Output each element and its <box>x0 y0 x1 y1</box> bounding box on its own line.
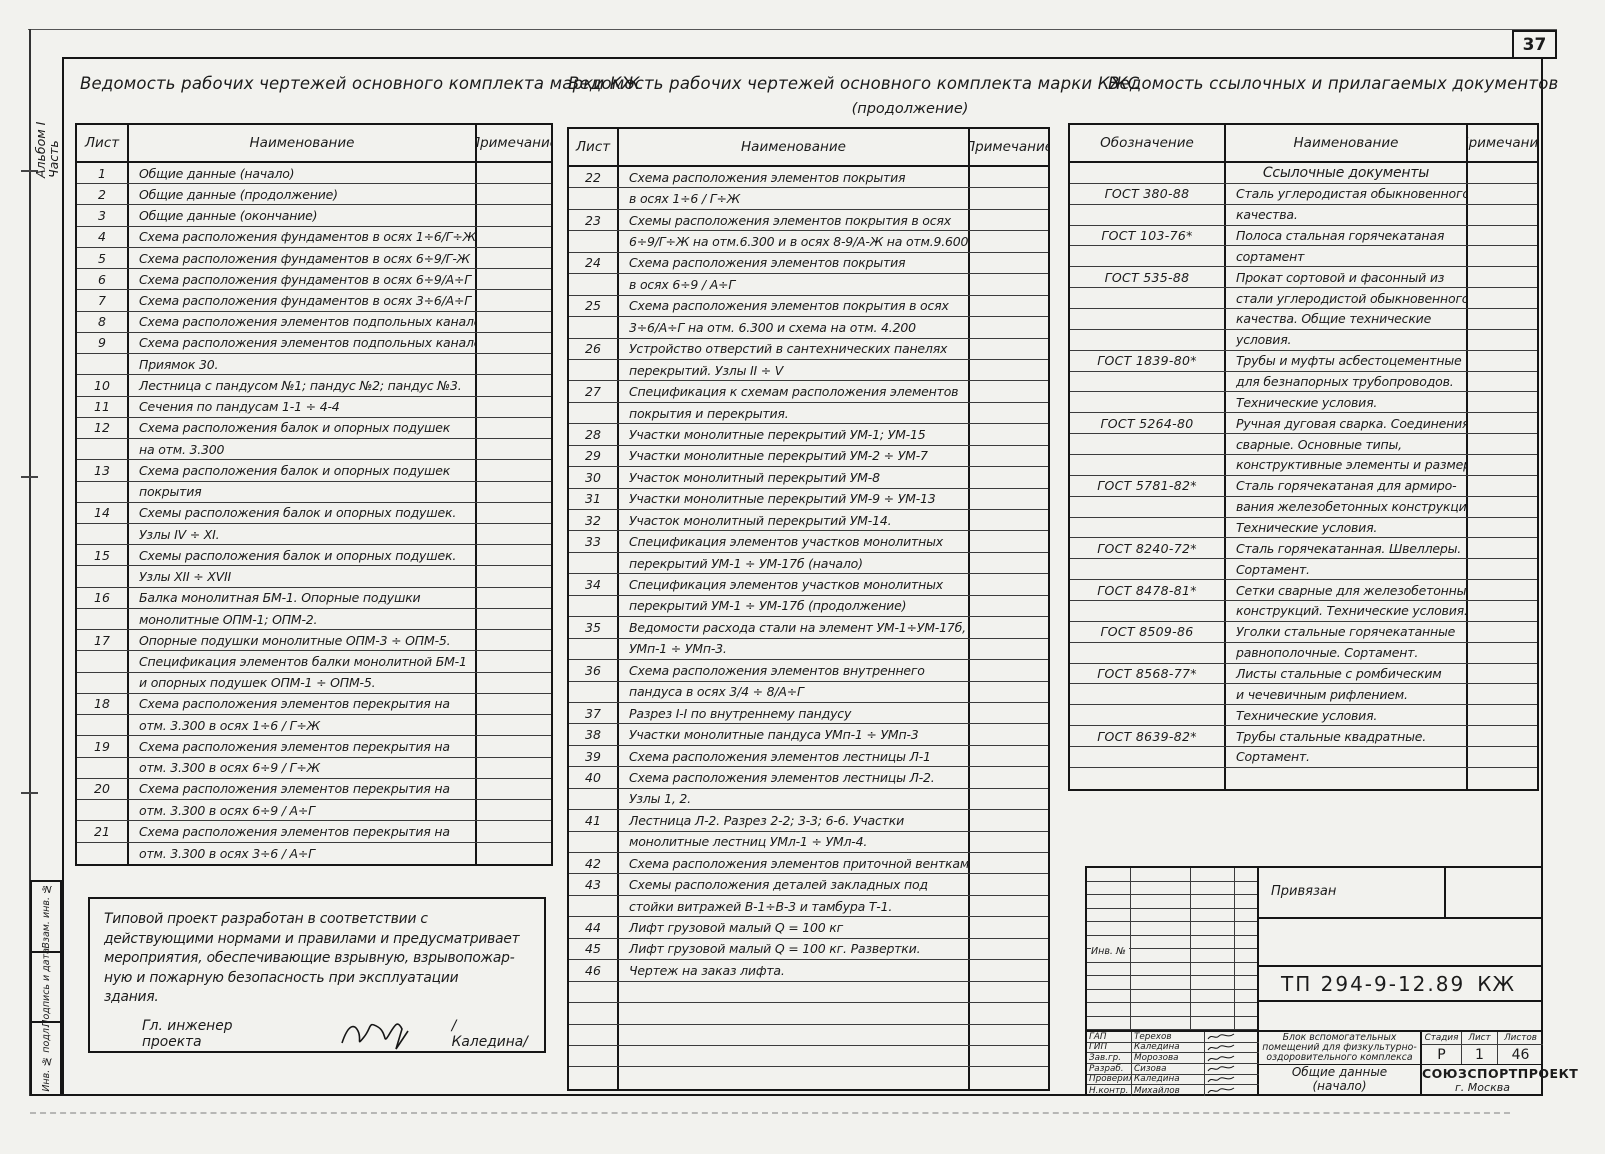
signature-row: ГАПТерехов <box>1087 1032 1259 1043</box>
cell-note <box>477 439 551 459</box>
signature-row: Разраб.Сизова <box>1087 1064 1259 1075</box>
cell-name: Схема расположения элементов перекрытия … <box>129 694 477 714</box>
cell-note <box>970 424 1048 444</box>
signature-role: ГИП <box>1087 1043 1132 1053</box>
cell-name: Сталь горячекатаная для армиро- <box>1226 476 1468 496</box>
cell-name: качества. <box>1226 205 1468 225</box>
cell-sheet-number <box>569 1067 619 1088</box>
signature-name: /Каледина/ <box>452 1018 530 1050</box>
cell-name: отм. 3.300 в осях 6÷9 / Г÷Ж <box>129 758 477 778</box>
cell-name: Схема расположения элементов покрытия <box>619 253 970 273</box>
cell-sheet-number <box>1070 309 1226 329</box>
table-row-line: 12Схема расположения балок и опорных под… <box>77 418 551 439</box>
table-row-line: ГОСТ 8639-82*Трубы стальные квадратные. <box>1070 726 1537 747</box>
cell-name: Узлы 1, 2. <box>619 789 970 809</box>
cell-sheet-number <box>569 403 619 423</box>
cell-name: Общие данные (начало) <box>129 163 477 183</box>
cell-sheet-number <box>77 439 129 459</box>
cell-note <box>970 231 1048 251</box>
note-line: Типовой проект разработан в соответствии… <box>104 910 530 930</box>
table-row-line: 5Схема расположения фундаментов в осях 6… <box>77 248 551 269</box>
cell-sheet-number <box>77 609 129 629</box>
table-row-line: 40Схема расположения элементов лестницы … <box>569 767 1048 788</box>
table-row-line: Спецификация элементов балки монолитной … <box>77 651 551 672</box>
table-row-line: 11Сечения по пандусам 1-1 ÷ 4-4 <box>77 397 551 418</box>
col-designation: Обозначение <box>1070 125 1226 161</box>
center-tick <box>21 476 38 478</box>
cell-sheet-number: 42 <box>569 853 619 873</box>
signature-row: Зав.гр.Морозова <box>1087 1053 1259 1064</box>
signature-squiggle-icon <box>1205 1053 1259 1063</box>
cell-name: Схема расположения элементов внутреннего <box>619 660 970 680</box>
middle-table-title: Ведомость рабочих чертежей основного ком… <box>568 74 1139 93</box>
cell-note <box>970 1003 1048 1023</box>
cell-sheet-number <box>1070 705 1226 725</box>
middle-table-subtitle: (продолжение) <box>760 101 1060 117</box>
signature-squiggle-icon <box>1205 1085 1259 1096</box>
cell-sheet-number <box>569 274 619 294</box>
cell-note <box>477 248 551 268</box>
cell-note <box>477 397 551 417</box>
cell-note <box>970 274 1048 294</box>
cell-name: конструкций. Технические условия. <box>1226 601 1468 621</box>
cell-note <box>970 317 1048 337</box>
cell-sheet-number: 24 <box>569 253 619 273</box>
cell-sheet-number: 6 <box>77 269 129 289</box>
cell-note <box>1468 246 1537 266</box>
cell-sheet-number <box>77 843 129 864</box>
cell-note <box>477 524 551 544</box>
margin-cell: Взам. инв. № <box>32 882 60 953</box>
table-row-line: Узлы IV ÷ XI. <box>77 524 551 545</box>
cell-name: стали углеродистой обыкновенного <box>1226 288 1468 308</box>
table-row-line: покрытия и перекрытия. <box>569 403 1048 424</box>
cell-sheet-number <box>569 896 619 916</box>
cell-name: Схема расположения элементов лестницы Л-… <box>619 746 970 766</box>
cell-name: и опорных подушек ОПМ-1 ÷ ОПМ-5. <box>129 673 477 693</box>
cell-sheet-number <box>569 639 619 659</box>
col-note: Примечание <box>477 125 551 161</box>
cell-name: Спецификация элементов балки монолитной … <box>129 651 477 671</box>
table-row-line: 22Схема расположения элементов покрытия <box>569 167 1048 188</box>
cell-note <box>477 651 551 671</box>
cell-sheet-number <box>569 188 619 208</box>
cell-note <box>1468 705 1537 725</box>
signature-person: Морозова <box>1132 1053 1205 1063</box>
cell-sheet-number <box>1070 163 1226 183</box>
cell-sheet-number: 30 <box>569 467 619 487</box>
cell-note <box>970 1046 1048 1066</box>
cell-sheet-number: 23 <box>569 210 619 230</box>
table-row-line: ГОСТ 1839-80*Трубы и муфты асбестоцемент… <box>1070 351 1537 372</box>
document-number: ТП 294-9-12.89 <box>1281 972 1465 996</box>
cell-sheet-number <box>1070 684 1226 704</box>
table-row-line: качества. <box>1070 205 1537 226</box>
signature-person: Михайлов <box>1132 1085 1205 1096</box>
cell-name: стойки витражей В-1÷В-3 и тамбура Т-1. <box>619 896 970 916</box>
table-row-line <box>569 1003 1048 1024</box>
cell-note <box>477 736 551 756</box>
table-row-line: Технические условия. <box>1070 705 1537 726</box>
cell-sheet-number: 35 <box>569 617 619 637</box>
cell-note <box>970 596 1048 616</box>
cell-note <box>477 821 551 841</box>
cell-sheet-number: 27 <box>569 381 619 401</box>
cell-sheet-number <box>77 673 129 693</box>
worklist-table-1: Лист Наименование Примечание 1Общие данн… <box>75 123 553 866</box>
cell-name: Схемы расположения деталей закладных под <box>619 874 970 894</box>
cell-note <box>1468 580 1537 600</box>
col-sheet: Лист <box>77 125 129 161</box>
cell-sheet-number: 43 <box>569 874 619 894</box>
table-row-line: пандуса в осях 3/4 ÷ 8/А÷Г <box>569 682 1048 703</box>
margin-cell-label: Подпись и дата <box>41 948 52 1027</box>
cell-name: монолитные лестниц УМл-1 ÷ УМл-4. <box>619 832 970 852</box>
stage-header: Стадия Лист Листов <box>1422 1032 1543 1045</box>
cell-sheet-number <box>77 354 129 374</box>
table-row-line: 3Общие данные (окончание) <box>77 205 551 226</box>
cell-name: Схема расположения балок и опорных подуш… <box>129 460 477 480</box>
sheet-edge-top <box>28 29 1557 30</box>
cell-note <box>970 467 1048 487</box>
cell-name: Участок монолитный перекрытий УМ-8 <box>619 467 970 487</box>
cell-name: Общие данные (продолжение) <box>129 184 477 204</box>
cell-sheet-number <box>569 231 619 251</box>
cell-name: Полоса стальная горячекатаная <box>1226 226 1468 246</box>
cell-note <box>477 375 551 395</box>
table-row-line: конструктивные элементы и размеры. <box>1070 455 1537 476</box>
cell-note <box>477 609 551 629</box>
table-row-line: условия. <box>1070 330 1537 351</box>
table-row-line: сортамент <box>1070 246 1537 267</box>
title-block-bottom: Блок вспомогательных помещений для физку… <box>1259 1030 1543 1094</box>
cell-note <box>1468 747 1537 767</box>
table-row-line: и чечевичным рифлением. <box>1070 684 1537 705</box>
table-body: Ссылочные документыГОСТ 380-88Сталь угле… <box>1070 163 1537 789</box>
privyazan-label: Привязан <box>1271 884 1336 899</box>
cell-sheet-number: ГОСТ 5781-82* <box>1070 476 1226 496</box>
cell-note <box>970 767 1048 787</box>
table-row-line: 42Схема расположения элементов приточной… <box>569 853 1048 874</box>
cell-name: монолитные ОПМ-1; ОПМ-2. <box>129 609 477 629</box>
col-note: Примечание <box>1468 125 1537 161</box>
cell-name: 6÷9/Г÷Ж на отм.6.300 и в осях 8-9/А-Ж на… <box>619 231 970 251</box>
cell-name: перекрытий. Узлы II ÷ V <box>619 360 970 380</box>
cell-sheet-number: 18 <box>77 694 129 714</box>
cell-note <box>1468 518 1537 538</box>
cell-name <box>619 1025 970 1045</box>
table-row-line: 44Лифт грузовой малый Q = 100 кг <box>569 917 1048 938</box>
table-row-line: покрытия <box>77 482 551 503</box>
table-row-line: вания железобетонных конструкций <box>1070 497 1537 518</box>
cell-note <box>477 715 551 735</box>
cell-note <box>970 853 1048 873</box>
cell-note <box>1468 538 1537 558</box>
table-row-line <box>569 1067 1048 1088</box>
cell-name: в осях 6÷9 / А÷Г <box>619 274 970 294</box>
table-body: 1Общие данные (начало)2Общие данные (про… <box>77 163 551 864</box>
table-row-line: 36Схема расположения элементов внутренне… <box>569 660 1048 681</box>
table-row-line: 17Опорные подушки монолитные ОПМ-3 ÷ ОПМ… <box>77 630 551 651</box>
album-label: Альбом I Часть <box>34 122 60 178</box>
table-row-line: 24Схема расположения элементов покрытия <box>569 253 1048 274</box>
cell-sheet-number <box>569 982 619 1002</box>
cell-name: Сталь горячекатанная. Швеллеры. <box>1226 538 1468 558</box>
cell-note <box>970 810 1048 830</box>
cell-sheet-number: 15 <box>77 545 129 565</box>
cell-sheet-number <box>1070 392 1226 412</box>
cell-note <box>970 724 1048 744</box>
cell-note <box>477 779 551 799</box>
cell-sheet-number: 32 <box>569 510 619 530</box>
table-row-line: Сортамент. <box>1070 559 1537 580</box>
cell-sheet-number: 11 <box>77 397 129 417</box>
cell-note <box>1468 601 1537 621</box>
cell-note <box>1468 372 1537 392</box>
table-row-line: 25Схема расположения элементов покрытия … <box>569 296 1048 317</box>
part-text: Часть <box>47 122 60 178</box>
cell-name: Схема расположения фундаментов в осях 6÷… <box>129 269 477 289</box>
cell-name: Схема расположения элементов покрытия <box>619 167 970 187</box>
cell-name: Участки монолитные перекрытий УМ-9 ÷ УМ-… <box>619 489 970 509</box>
margin-cell-label: Инв. № подл. <box>41 1025 52 1092</box>
cell-name: Сортамент. <box>1226 747 1468 767</box>
margin-cell: Подпись и дата <box>32 953 60 1024</box>
cell-note <box>970 960 1048 980</box>
cell-name: Балка монолитная БМ-1. Опорные подушки <box>129 588 477 608</box>
cell-name: Технические условия. <box>1226 705 1468 725</box>
cell-note <box>477 694 551 714</box>
cell-sheet-number: 20 <box>77 779 129 799</box>
cell-name: покрытия и перекрытия. <box>619 403 970 423</box>
cell-name: Лифт грузовой малый Q = 100 кг. Развертк… <box>619 939 970 959</box>
cell-sheet-number: ГОСТ 5264-80 <box>1070 413 1226 433</box>
table-row-line: 43Схемы расположения деталей закладных п… <box>569 874 1048 895</box>
table-row-line: 33Спецификация элементов участков моноли… <box>569 531 1048 552</box>
cell-note <box>1468 643 1537 663</box>
cell-name: Уголки стальные горячекатанные <box>1226 622 1468 642</box>
cell-note <box>970 1067 1048 1088</box>
signature-rows: ГАПТереховГИПКалединаЗав.гр.МорозоваРазр… <box>1087 1030 1259 1094</box>
table-row-line: стали углеродистой обыкновенного <box>1070 288 1537 309</box>
table-header: Лист Наименование Примечание <box>569 129 1048 167</box>
cell-note <box>970 939 1048 959</box>
cell-name: Схема расположения элементов подпольных … <box>129 312 477 332</box>
signature-role: Н.контр. <box>1087 1085 1132 1096</box>
cell-name: сварные. Основные типы, <box>1226 434 1468 454</box>
cell-note <box>970 1025 1048 1045</box>
cell-name <box>619 982 970 1002</box>
cell-note <box>477 545 551 565</box>
signature-person: Терехов <box>1132 1032 1205 1042</box>
cell-note <box>970 510 1048 530</box>
cell-sheet-number: 3 <box>77 205 129 225</box>
margin-cell-label: Взам. инв. № <box>41 883 52 949</box>
table-row-line <box>569 1046 1048 1067</box>
stage-value: Р <box>1422 1045 1462 1064</box>
cell-note <box>1468 351 1537 371</box>
cell-name: Схема расположения элементов приточной в… <box>619 853 970 873</box>
table-row-line <box>569 1025 1048 1046</box>
sheet-label: Лист <box>1462 1032 1498 1044</box>
table-row-line: Приямок 30. <box>77 354 551 375</box>
cell-name: Ссылочные документы <box>1226 163 1468 183</box>
cell-sheet-number: 7 <box>77 290 129 310</box>
privyazan-cell: Привязан <box>1259 868 1543 919</box>
left-table-title: Ведомость рабочих чертежей основного ком… <box>80 74 640 93</box>
table-row-line: Узлы 1, 2. <box>569 789 1048 810</box>
cell-sheet-number: 37 <box>569 703 619 723</box>
cell-note <box>970 832 1048 852</box>
organization-city: г. Москва <box>1422 1081 1543 1094</box>
cell-name: в осях 1÷6 / Г÷Ж <box>619 188 970 208</box>
table-row-line: отм. 3.300 в осях 6÷9 / А÷Г <box>77 800 551 821</box>
cell-sheet-number: 19 <box>77 736 129 756</box>
table-row-line: ГОСТ 380-88Сталь углеродистая обыкновенн… <box>1070 184 1537 205</box>
cell-sheet-number: 39 <box>569 746 619 766</box>
cell-note <box>477 843 551 864</box>
table-row-line: 30Участок монолитный перекрытий УМ-8 <box>569 467 1048 488</box>
cell-note <box>970 253 1048 273</box>
inventory-number-label: Инв. № <box>1091 946 1129 957</box>
cell-sheet-number <box>77 715 129 735</box>
cell-name: Участки монолитные перекрытий УМ-1; УМ-1… <box>619 424 970 444</box>
table-row-line: Технические условия. <box>1070 518 1537 539</box>
cell-note <box>1468 726 1537 746</box>
table-row-line: в осях 6÷9 / А÷Г <box>569 274 1048 295</box>
title-block: Инв. № ГАПТереховГИПКалединаЗав.гр.Мороз… <box>1085 866 1543 1096</box>
col-note: Примечание <box>970 129 1048 165</box>
cell-name <box>619 1003 970 1023</box>
table-row-line: 27Спецификация к схемам расположения эле… <box>569 381 1048 402</box>
cell-sheet-number <box>77 482 129 502</box>
cell-sheet-number <box>569 553 619 573</box>
cell-sheet-number: 8 <box>77 312 129 332</box>
signature-squiggle-icon <box>1205 1043 1259 1053</box>
table-row-line: для безнапорных трубопроводов. <box>1070 372 1537 393</box>
cell-name: Общие данные (окончание) <box>129 205 477 225</box>
table-row-line: монолитные ОПМ-1; ОПМ-2. <box>77 609 551 630</box>
cell-name: для безнапорных трубопроводов. <box>1226 372 1468 392</box>
table-row-line: 2Общие данные (продолжение) <box>77 184 551 205</box>
cell-note <box>1468 163 1537 183</box>
cell-note <box>1468 309 1537 329</box>
cell-name: Схема расположения элементов подпольных … <box>129 333 477 353</box>
cell-note <box>477 312 551 332</box>
signature-role: Зав.гр. <box>1087 1053 1132 1063</box>
table-row-line: перекрытий УМ-1 ÷ УМ-17б (продолжение) <box>569 596 1048 617</box>
chief-engineer-role: Гл. инженер проекта <box>142 1018 292 1050</box>
cell-note <box>1468 434 1537 454</box>
cell-name: отм. 3.300 в осях 1÷6 / Г÷Ж <box>129 715 477 735</box>
cell-sheet-number <box>77 566 129 586</box>
cell-name: Схема расположения элементов перекрытия … <box>129 779 477 799</box>
cell-name: Лестница Л-2. Разрез 2-2; 3-3; 6-6. Учас… <box>619 810 970 830</box>
set-mark: КЖ <box>1477 972 1515 996</box>
cell-note <box>477 460 551 480</box>
cell-name: Ведомости расхода стали на элемент УМ-1÷… <box>619 617 970 637</box>
table-row-line: конструкций. Технические условия. <box>1070 601 1537 622</box>
cell-note <box>970 403 1048 423</box>
cell-name: Разрез I-I по внутреннему пандусу <box>619 703 970 723</box>
cell-sheet-number: 46 <box>569 960 619 980</box>
cell-sheet-number <box>1070 768 1226 789</box>
table-row-line: качества. Общие технические <box>1070 309 1537 330</box>
table-header: Обозначение Наименование Примечание <box>1070 125 1537 163</box>
cell-note <box>970 167 1048 187</box>
cell-name: Сортамент. <box>1226 559 1468 579</box>
cell-name: Трубы и муфты асбестоцементные <box>1226 351 1468 371</box>
cell-name: Схема расположения фундаментов в осях 6÷… <box>129 248 477 268</box>
cell-note <box>477 205 551 225</box>
cell-sheet-number: 5 <box>77 248 129 268</box>
cell-name: Спецификация элементов участков монолитн… <box>619 574 970 594</box>
signature-role: Разраб. <box>1087 1064 1132 1074</box>
cell-name: Приямок 30. <box>129 354 477 374</box>
table-row-line <box>569 982 1048 1003</box>
cell-name: 3÷6/А÷Г на отм. 6.300 и схема на отм. 4.… <box>619 317 970 337</box>
cell-sheet-number <box>77 800 129 820</box>
cell-sheet-number <box>1070 455 1226 475</box>
table-row-line: 14Схемы расположения балок и опорных под… <box>77 503 551 524</box>
cell-note <box>1468 413 1537 433</box>
cell-note <box>1468 267 1537 287</box>
table-row-line: 32Участок монолитный перекрытий УМ-14. <box>569 510 1048 531</box>
cell-sheet-number <box>1070 330 1226 350</box>
signature-squiggle-icon <box>1205 1075 1259 1085</box>
organization-name: СОЮЗСПОРТПРОЕКТ <box>1422 1066 1543 1081</box>
cell-name: перекрытий УМ-1 ÷ УМ-17б (начало) <box>619 553 970 573</box>
cell-sheet-number: ГОСТ 535-88 <box>1070 267 1226 287</box>
cell-note <box>970 574 1048 594</box>
cell-sheet-number <box>569 596 619 616</box>
table-row-line: 23Схемы расположения элементов покрытия … <box>569 210 1048 231</box>
table-row-line: 34Спецификация элементов участков моноли… <box>569 574 1048 595</box>
cell-sheet-number <box>569 1046 619 1066</box>
cell-note <box>1468 205 1537 225</box>
signature-role: Проверил <box>1087 1075 1132 1085</box>
cell-name: Сетки сварные для железобетонных <box>1226 580 1468 600</box>
cell-note <box>970 982 1048 1002</box>
signature-squiggle-icon <box>1205 1064 1259 1074</box>
table-row-line: 46Чертеж на заказ лифта. <box>569 960 1048 981</box>
cell-note <box>1468 664 1537 684</box>
cell-note <box>970 188 1048 208</box>
chief-engineer-line: Гл. инженер проекта /Каледина/ <box>104 1017 530 1051</box>
cell-name: Узлы IV ÷ XI. <box>129 524 477 544</box>
cell-sheet-number: 36 <box>569 660 619 680</box>
col-sheet: Лист <box>569 129 619 165</box>
project-cell: Блок вспомогательных помещений для физку… <box>1259 1032 1422 1096</box>
cell-name: Технические условия. <box>1226 518 1468 538</box>
cell-sheet-number: ГОСТ 8568-77* <box>1070 664 1226 684</box>
table-row-line: 31Участки монолитные перекрытий УМ-9 ÷ У… <box>569 489 1048 510</box>
stage-label: Стадия <box>1422 1032 1462 1044</box>
cell-name: конструктивные элементы и размеры. <box>1226 455 1468 475</box>
cell-name: на отм. 3.300 <box>129 439 477 459</box>
cell-note <box>477 503 551 523</box>
table-row-line: перекрытий УМ-1 ÷ УМ-17б (начало) <box>569 553 1048 574</box>
cell-name: Схема расположения элементов перекрытия … <box>129 821 477 841</box>
cell-note <box>1468 392 1537 412</box>
cell-sheet-number: ГОСТ 8509-86 <box>1070 622 1226 642</box>
table-row-line: Технические условия. <box>1070 392 1537 413</box>
cell-sheet-number <box>569 1003 619 1023</box>
table-row-line: отм. 3.300 в осях 3÷6 / А÷Г <box>77 843 551 864</box>
cell-name: УМп-1 ÷ УМп-3. <box>619 639 970 659</box>
signature-row: ГИПКаледина <box>1087 1043 1259 1054</box>
cell-note <box>970 917 1048 937</box>
